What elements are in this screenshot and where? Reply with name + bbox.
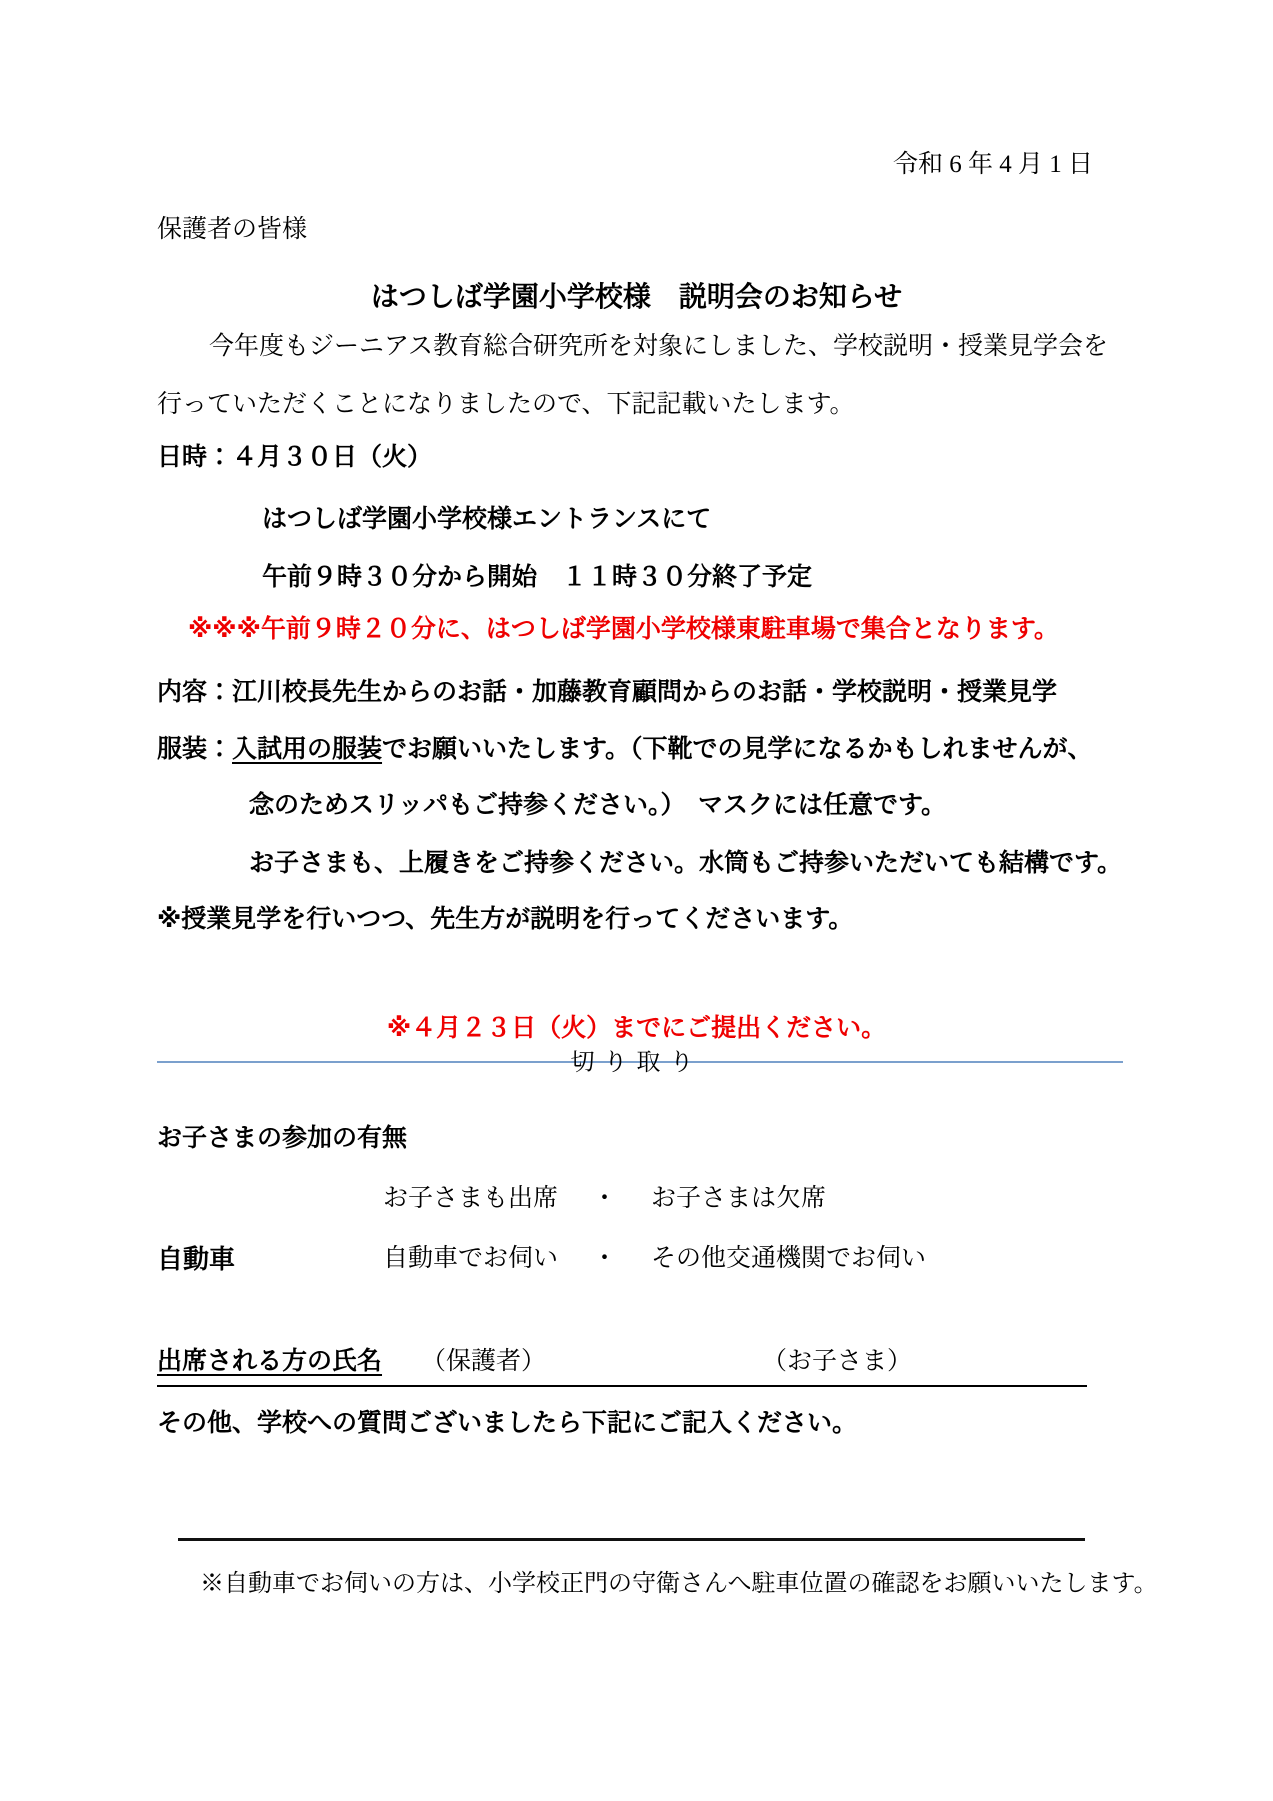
datetime-line: 日時：４月３０日（火） [157,441,432,475]
issue-date: 令和 6 年 4 月 1 日 [893,148,1093,182]
schedule-line: 午前９時３０分から開始 １１時３０分終了予定 [262,561,812,595]
attendance-options-row: お子さまも出席 ・ お子さまは欠席 [0,1182,1273,1216]
observation-note: ※授業見学を行いつつ、先生方が説明を行ってくださいます。 [157,903,853,937]
option-child-absent: お子さまは欠席 [651,1182,826,1216]
dress-note-2: お子さまも、上履きをご持参ください。水筒もご持参いただいても結構です。 [249,847,1122,881]
name-entry-row: 出席される方の氏名 （保護者） （お子さま） [157,1345,1087,1387]
option-child-attend: お子さまも出席 [383,1182,558,1216]
name-entry-label: 出席される方の氏名 [157,1345,382,1379]
dress-prefix: 服装： [157,735,232,763]
assembly-warning: ※※※午前９時２０分に、はつしば学園小学校様東駐車場で集合となります。 [188,613,1059,647]
attendance-heading: お子さまの参加の有無 [157,1122,407,1156]
salutation: 保護者の皆様 [157,213,307,247]
option-separator-dot: ・ [592,1182,617,1216]
dress-code-line: 服装：入試用の服装でお願いいたします。（下靴での見学になるかもしれませんが、 [157,733,1093,767]
question-prompt: その他、学校への質問ございましたら下記にご記入ください。 [157,1407,857,1441]
submission-deadline: ※４月２３日（火）までにご提出ください。 [0,1012,1273,1046]
dress-underlined-text: 入試用の服装 [232,735,382,763]
option-separator-dot-2: ・ [592,1242,617,1276]
venue-line: はつしば学園小学校様エントランスにて [262,503,711,537]
dress-suffix: でお願いいたします。（下靴での見学になるかもしれませんが、 [382,735,1093,763]
dress-note-1: 念のためスリッパもご持参ください。） マスクには任意です。 [249,789,946,823]
guardian-field-label: （保護者） [421,1345,546,1379]
child-field-label: （お子さま） [762,1345,912,1379]
intro-line-1: 今年度もジーニアス教育総合研究所を対象にしました、学校説明・授業見学会を [157,330,1108,364]
footer-note: ※自動車でお伺いの方は、小学校正門の守衛さんへ駐車位置の確認をお願いいたします。 [200,1568,1158,1600]
document-title: はつしば学園小学校様 説明会のお知らせ [0,278,1273,316]
car-heading: 自動車 [157,1242,235,1277]
intro-line-2: 行っていただくことになりましたので、下記記載いたします。 [157,388,855,422]
answer-area-line [178,1538,1085,1541]
option-by-car: 自動車でお伺い [383,1242,558,1276]
option-by-other-transport: その他交通機関でお伺い [651,1242,926,1276]
cut-label: 切り取り [0,1047,1273,1079]
contents-line: 内容：江川校長先生からのお話・加藤教育顧問からのお話・学校説明・授業見学 [157,676,1057,710]
transport-options-row: 自動車 自動車でお伺い ・ その他交通機関でお伺い [0,1242,1273,1276]
document-page: 令和 6 年 4 月 1 日 保護者の皆様 はつしば学園小学校様 説明会のお知ら… [0,0,1273,1801]
